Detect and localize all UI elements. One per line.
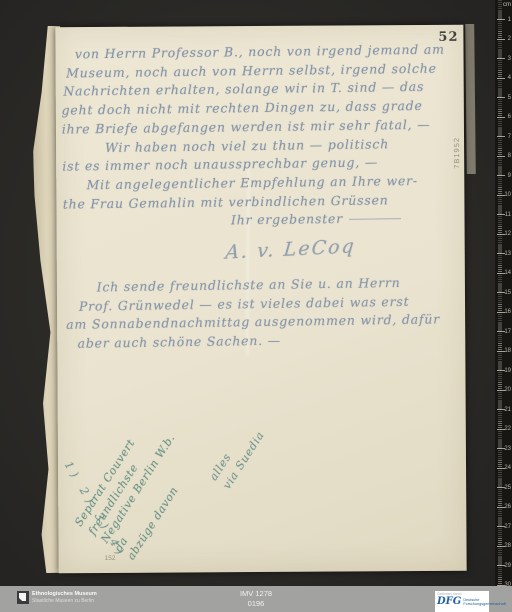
dfg-logo-icon: DFG: [437, 597, 461, 607]
pencil-corner-number: 152: [105, 555, 116, 562]
ruler-cm-label: 1: [508, 17, 511, 23]
letter-page-scan: 52 von Herrn Professor B., noch von irge…: [55, 25, 466, 573]
ruler-cm-tick: [497, 58, 505, 59]
ruler-cm-label: 7: [508, 134, 511, 140]
ruler-cm-label: 12: [504, 231, 511, 237]
ruler-cm-tick: [497, 19, 505, 20]
ruler-cm-label: 22: [504, 426, 511, 432]
dfg-org-name: Deutsche Forschungsgemeinschaft: [463, 598, 505, 606]
ruler-cm-label: 29: [504, 563, 511, 569]
pencil-shelfmark-note: 7B1952: [452, 137, 461, 169]
ruler-cm-label: 14: [504, 270, 511, 276]
ruler-cm-label: 27: [504, 524, 511, 530]
ruler-cm-label: 11: [505, 212, 511, 218]
ruler-cm-label: 15: [504, 290, 511, 296]
dfg-org-line2: Forschungsgemeinschaft: [463, 602, 505, 606]
ruler-cm-label: 16: [504, 309, 511, 315]
ruler-cm-label: 24: [504, 465, 511, 471]
ruler-cm-tick: [497, 39, 505, 40]
ruler-cm-label: 18: [504, 348, 511, 354]
dfg-logo-row: DFG Deutsche Forschungsgemeinschaft: [437, 597, 487, 607]
ruler-cm-label: 6: [508, 114, 511, 120]
letter-closing: Ihr ergebenster: [231, 209, 461, 231]
diagonal-annotation-side: alles via Suedia: [206, 420, 269, 493]
ruler-cm-tick: [497, 136, 505, 137]
ruler-cm-label: 4: [508, 75, 511, 81]
ruler-cm-tick: [497, 156, 505, 157]
ruler-cm-label: 3: [508, 56, 511, 62]
ruler-cm-label: 20: [504, 387, 511, 393]
measuring-ruler: cm 1234567891011121314151617181920212223…: [495, 0, 512, 587]
ruler-cm-label: 19: [504, 368, 511, 374]
ruler-cm-label: 25: [504, 485, 511, 491]
ruler-cm-label: 5: [508, 95, 511, 101]
ruler-cm-label: 26: [504, 504, 511, 510]
ruler-cm-label: 9: [508, 173, 511, 179]
ruler-cm-label: 23: [504, 446, 511, 452]
archive-scan-viewer: cm 1234567891011121314151617181920212223…: [0, 0, 512, 612]
dfg-logo-block: Gefördert durch DFG Deutsche Forschungsg…: [435, 591, 489, 612]
ruler-cm-tick: [497, 78, 505, 79]
letter-body: von Herrn Professor B., noch von irgend …: [61, 40, 462, 260]
ruler-cm-label: 2: [508, 36, 511, 42]
page-under-edge: [465, 24, 476, 174]
footer-bar: Ethnologisches Museum Staatliche Museen …: [0, 586, 512, 612]
ruler-cm-label: 17: [504, 329, 511, 335]
letter-postscript: Ich sende freundlichste an Sie u. an Her…: [63, 273, 462, 354]
ruler-cm-label: 10: [504, 192, 511, 198]
ruler-cm-label: 28: [504, 543, 511, 549]
ruler-cm-tick: [497, 175, 505, 176]
ruler-cm-label: 8: [508, 153, 511, 159]
ruler-cm-tick: [497, 97, 505, 98]
ruler-cm-tick: [497, 117, 505, 118]
diagonal-annotation: Separat Couvert freundlichste Negative B…: [71, 414, 205, 563]
signature: A. v. LeCoq: [225, 232, 462, 262]
ruler-cm-label: 21: [504, 407, 511, 413]
ruler-cm-label: 13: [504, 251, 511, 257]
ruler-cm-scale: 1234567891011121314151617181920212223242…: [495, 0, 512, 587]
